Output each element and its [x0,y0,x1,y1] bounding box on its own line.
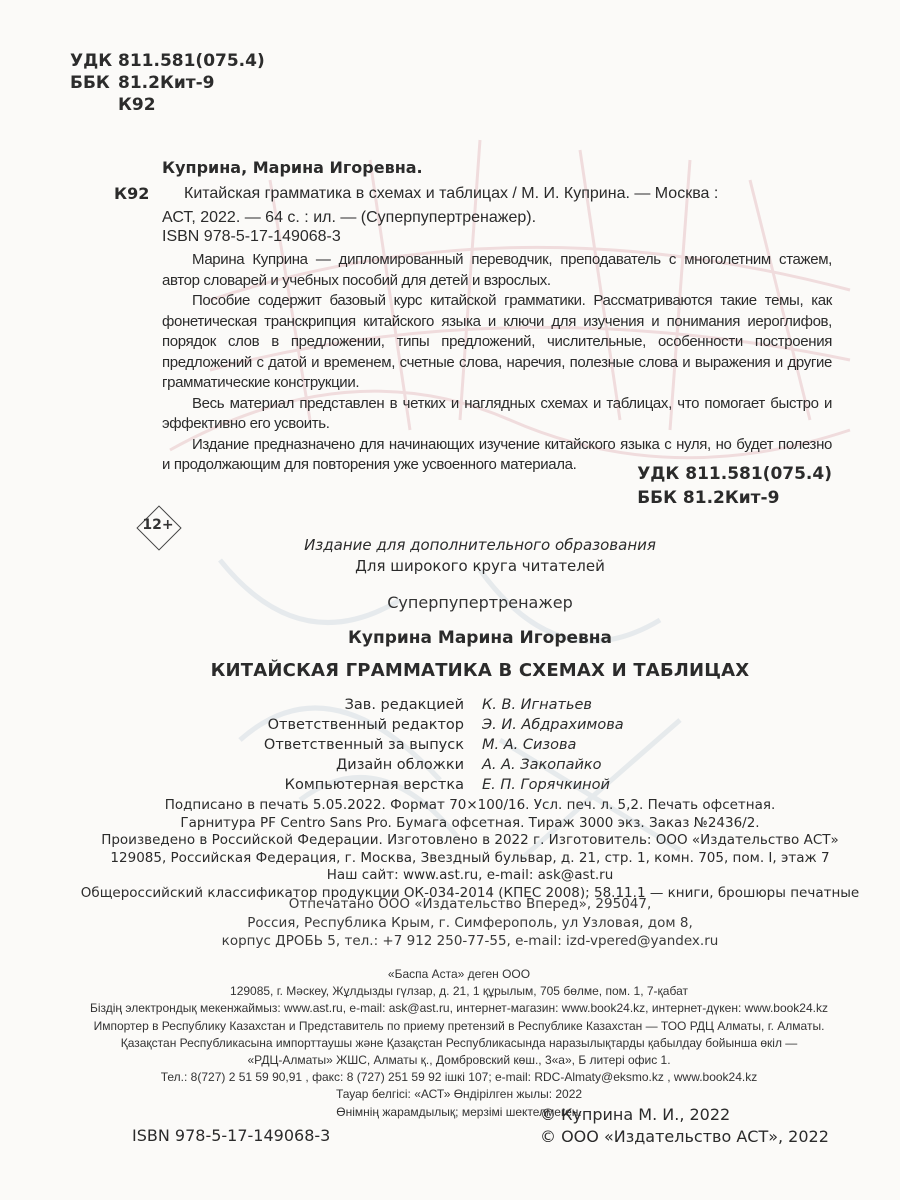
description-line-1: Китайская грамматика в схемах и таблицах… [162,182,832,206]
credit-row: Зав. редакциейК. В. Игнатьев [0,695,900,715]
imprint-line: Произведено в Российской Федерации. Изго… [40,832,900,850]
author-mark: К92 [70,94,265,116]
imprint-block: Подписано в печать 5.05.2022. Формат 70×… [0,797,900,902]
credit-row: Ответственный редакторЭ. И. Абдрахимова [0,715,900,735]
isbn-footer: ISBN 978-5-17-149068-3 [132,1126,330,1145]
imprint-line: Наш сайт: www.ast.ru, e-mail: ask@ast.ru [40,867,900,885]
credit-person: К. В. Игнатьев [482,695,592,715]
copyright-publisher: © ООО «Издательство АСТ», 2022 [540,1126,829,1148]
credit-row: Дизайн обложкиА. А. Закопайко [0,755,900,775]
credit-person: Э. И. Абдрахимова [482,715,624,735]
credits-list: Зав. редакциейК. В. Игнатьев Ответственн… [0,695,900,795]
kz-line: Тел.: 8(727) 2 51 59 90,91 , факс: 8 (72… [18,1069,900,1086]
kazakhstan-info-block: «Баспа Аста» деген ООО 129085, г. Мәскеу… [0,966,900,1121]
abstract-paragraph: Пособие содержит базовый курс китайской … [162,291,832,394]
imprint-line: 129085, Российская Федерация, г. Москва,… [40,850,900,868]
classification-top: УДК811.581(075.4) ББК81.2Кит-9 К92 [70,50,265,116]
isbn-record: ISBN 978-5-17-149068-3 [162,228,341,246]
bibliographic-description: Китайская грамматика в схемах и таблицах… [162,182,832,230]
credit-row: Компьютерная версткаЕ. П. Горячкиной [0,775,900,795]
credit-role: Дизайн обложки [336,755,464,775]
kz-line: Біздің электрондық мекенжаймыз: www.ast.… [18,1000,900,1017]
kz-line: 129085, г. Мәскеу, Жұлдызды гүлзар, д. 2… [18,983,900,1000]
copyright-author: © Куприна М. И., 2022 [540,1104,829,1126]
credit-role: Ответственный редактор [268,715,464,735]
abstract: Марина Куприна — дипломированный перевод… [162,250,832,476]
bbk-value: 81.2Кит-9 [118,73,215,93]
credit-row: Ответственный за выпускМ. А. Сизова [0,735,900,755]
author-name: Куприна Марина Игоревна [0,628,900,648]
udk-label: УДК [70,50,118,72]
series-name: Суперпупертренажер [0,593,900,612]
author-mark-side: К92 [114,184,149,203]
printer-block: Отпечатано ООО «Издательство Вперед», 29… [0,895,900,951]
printer-line: корпус ДРОБЬ 5, тел.: +7 912 250-77-55, … [40,932,900,951]
edition-type: Издание для дополнительного образования [0,536,900,554]
kz-line: «Баспа Аста» деген ООО [18,966,900,983]
abstract-paragraph: Весь материал представлен в четких и наг… [162,394,832,435]
credit-person: А. А. Закопайко [482,755,602,775]
bbk-code: ББК 81.2Кит-9 [637,486,832,510]
abstract-paragraph: Марина Куприна — дипломированный перевод… [162,250,832,291]
imprint-line: Подписано в печать 5.05.2022. Формат 70×… [40,797,900,815]
edition-audience: Для широкого круга читателей [0,557,900,575]
credit-person: М. А. Сизова [482,735,576,755]
credit-role: Зав. редакцией [345,695,464,715]
kz-line: Қазақстан Республикасына импорттаушы жән… [18,1035,900,1052]
imprint-line: Гарнитура PF Centro Sans Pro. Бумага офс… [40,815,900,833]
age-rating-text: 12+ [134,517,182,533]
book-title: КИТАЙСКАЯ ГРАММАТИКА В СХЕМАХ И ТАБЛИЦАХ [0,660,900,681]
printer-line: Россия, Республика Крым, г. Симферополь,… [40,914,900,933]
printer-line: Отпечатано ООО «Издательство Вперед», 29… [40,895,900,914]
kz-line: «РДЦ-Алматы» ЖШС, Алматы қ., Домбровский… [18,1052,900,1069]
author-heading: Куприна, Марина Игоревна. [162,158,423,177]
bbk-label: ББК [70,72,118,94]
kz-line: Тауар белгісі: «АСТ» Өндірілген жылы: 20… [18,1086,900,1103]
description-line-2: АСТ, 2022. — 64 с. : ил. — (Суперпупертр… [162,206,832,230]
udk-code: УДК 811.581(075.4) [637,462,832,486]
classification-bottom: УДК 811.581(075.4) ББК 81.2Кит-9 [637,462,832,510]
kz-line: Импортер в Республику Казахстан и Предст… [18,1018,900,1035]
credit-role: Компьютерная верстка [285,775,464,795]
credit-person: Е. П. Горячкиной [482,775,610,795]
copyright-block: © Куприна М. И., 2022 © ООО «Издательств… [540,1104,829,1148]
udk-value: 811.581(075.4) [118,51,265,71]
credit-role: Ответственный за выпуск [264,735,464,755]
